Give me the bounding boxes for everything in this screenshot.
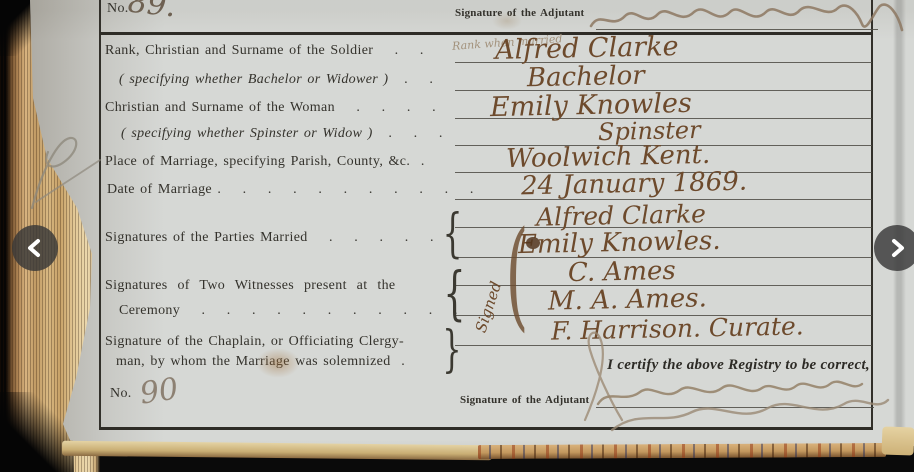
- witness-signature-2: M. A. Ames.: [548, 283, 707, 316]
- ruled-line: [455, 345, 872, 346]
- book-bottom-edge: [62, 441, 492, 461]
- witnesses-brace: {: [443, 264, 465, 322]
- parties-label: Signatures of the Parties Married . . . …: [105, 230, 434, 246]
- prev-page-button[interactable]: [12, 225, 58, 271]
- adjutant-label: Signature of the Adjutant: [460, 394, 589, 406]
- prev-entry-no-label: No.: [107, 1, 129, 17]
- form-border-left: [99, 0, 101, 430]
- chevron-left-icon: [26, 237, 44, 259]
- spinster-label: ( specifying whether Spinster or Widow )…: [121, 126, 443, 142]
- rank-label: Rank, Christian and Surname of the Soldi…: [105, 43, 424, 59]
- chaplain-label-line1: Signature of the Chaplain, or Officiatin…: [105, 334, 404, 350]
- parties-brace: {: [443, 208, 463, 260]
- book-marbled-edge: [478, 443, 886, 459]
- next-page-button[interactable]: [874, 225, 914, 271]
- book-corner-edge: [882, 426, 914, 455]
- witness-signature-1: C. Ames: [568, 256, 676, 288]
- scan-shadow: [0, 392, 74, 472]
- date-label: Date of Marriage . . . . . . . . . . .: [107, 182, 474, 198]
- woman-label: Christian and Surname of the Woman . . .…: [105, 100, 436, 116]
- rank-value: Alfred Clarke: [495, 31, 679, 66]
- next-entry-no-label: No.: [110, 386, 132, 402]
- ruled-line: [596, 407, 874, 408]
- form-border-right: [871, 0, 873, 430]
- entry-divider-rule: [100, 32, 873, 35]
- bachelor-label: ( specifying whether Bachelor or Widower…: [119, 72, 434, 88]
- entry-divider-rule: [100, 427, 873, 430]
- date-value: 24 January 1869.: [521, 167, 748, 202]
- witnesses-label-line2: Ceremony . . . . . . . . . . .: [119, 303, 458, 319]
- document-viewer: No. 89. Signature of the Adjutant Rank, …: [0, 0, 914, 472]
- page-stain: [256, 348, 300, 378]
- ruled-line: [596, 29, 878, 30]
- page-stain: [492, 12, 522, 30]
- handwritten-brace: (: [506, 218, 529, 330]
- chaplain-brace: }: [442, 324, 461, 374]
- certify-statement: I certify the above Registry to be corre…: [560, 357, 870, 374]
- chevron-right-icon: [888, 237, 906, 259]
- place-label: Place of Marriage, specifying Parish, Co…: [105, 154, 425, 170]
- next-entry-no-value: 90: [138, 372, 181, 412]
- party-signature-bride: Emily Knowles.: [518, 226, 721, 260]
- chaplain-signature: F. Harrison. Curate.: [551, 311, 804, 345]
- witnesses-label-line1: Signatures of Two Witnesses present at t…: [105, 278, 395, 294]
